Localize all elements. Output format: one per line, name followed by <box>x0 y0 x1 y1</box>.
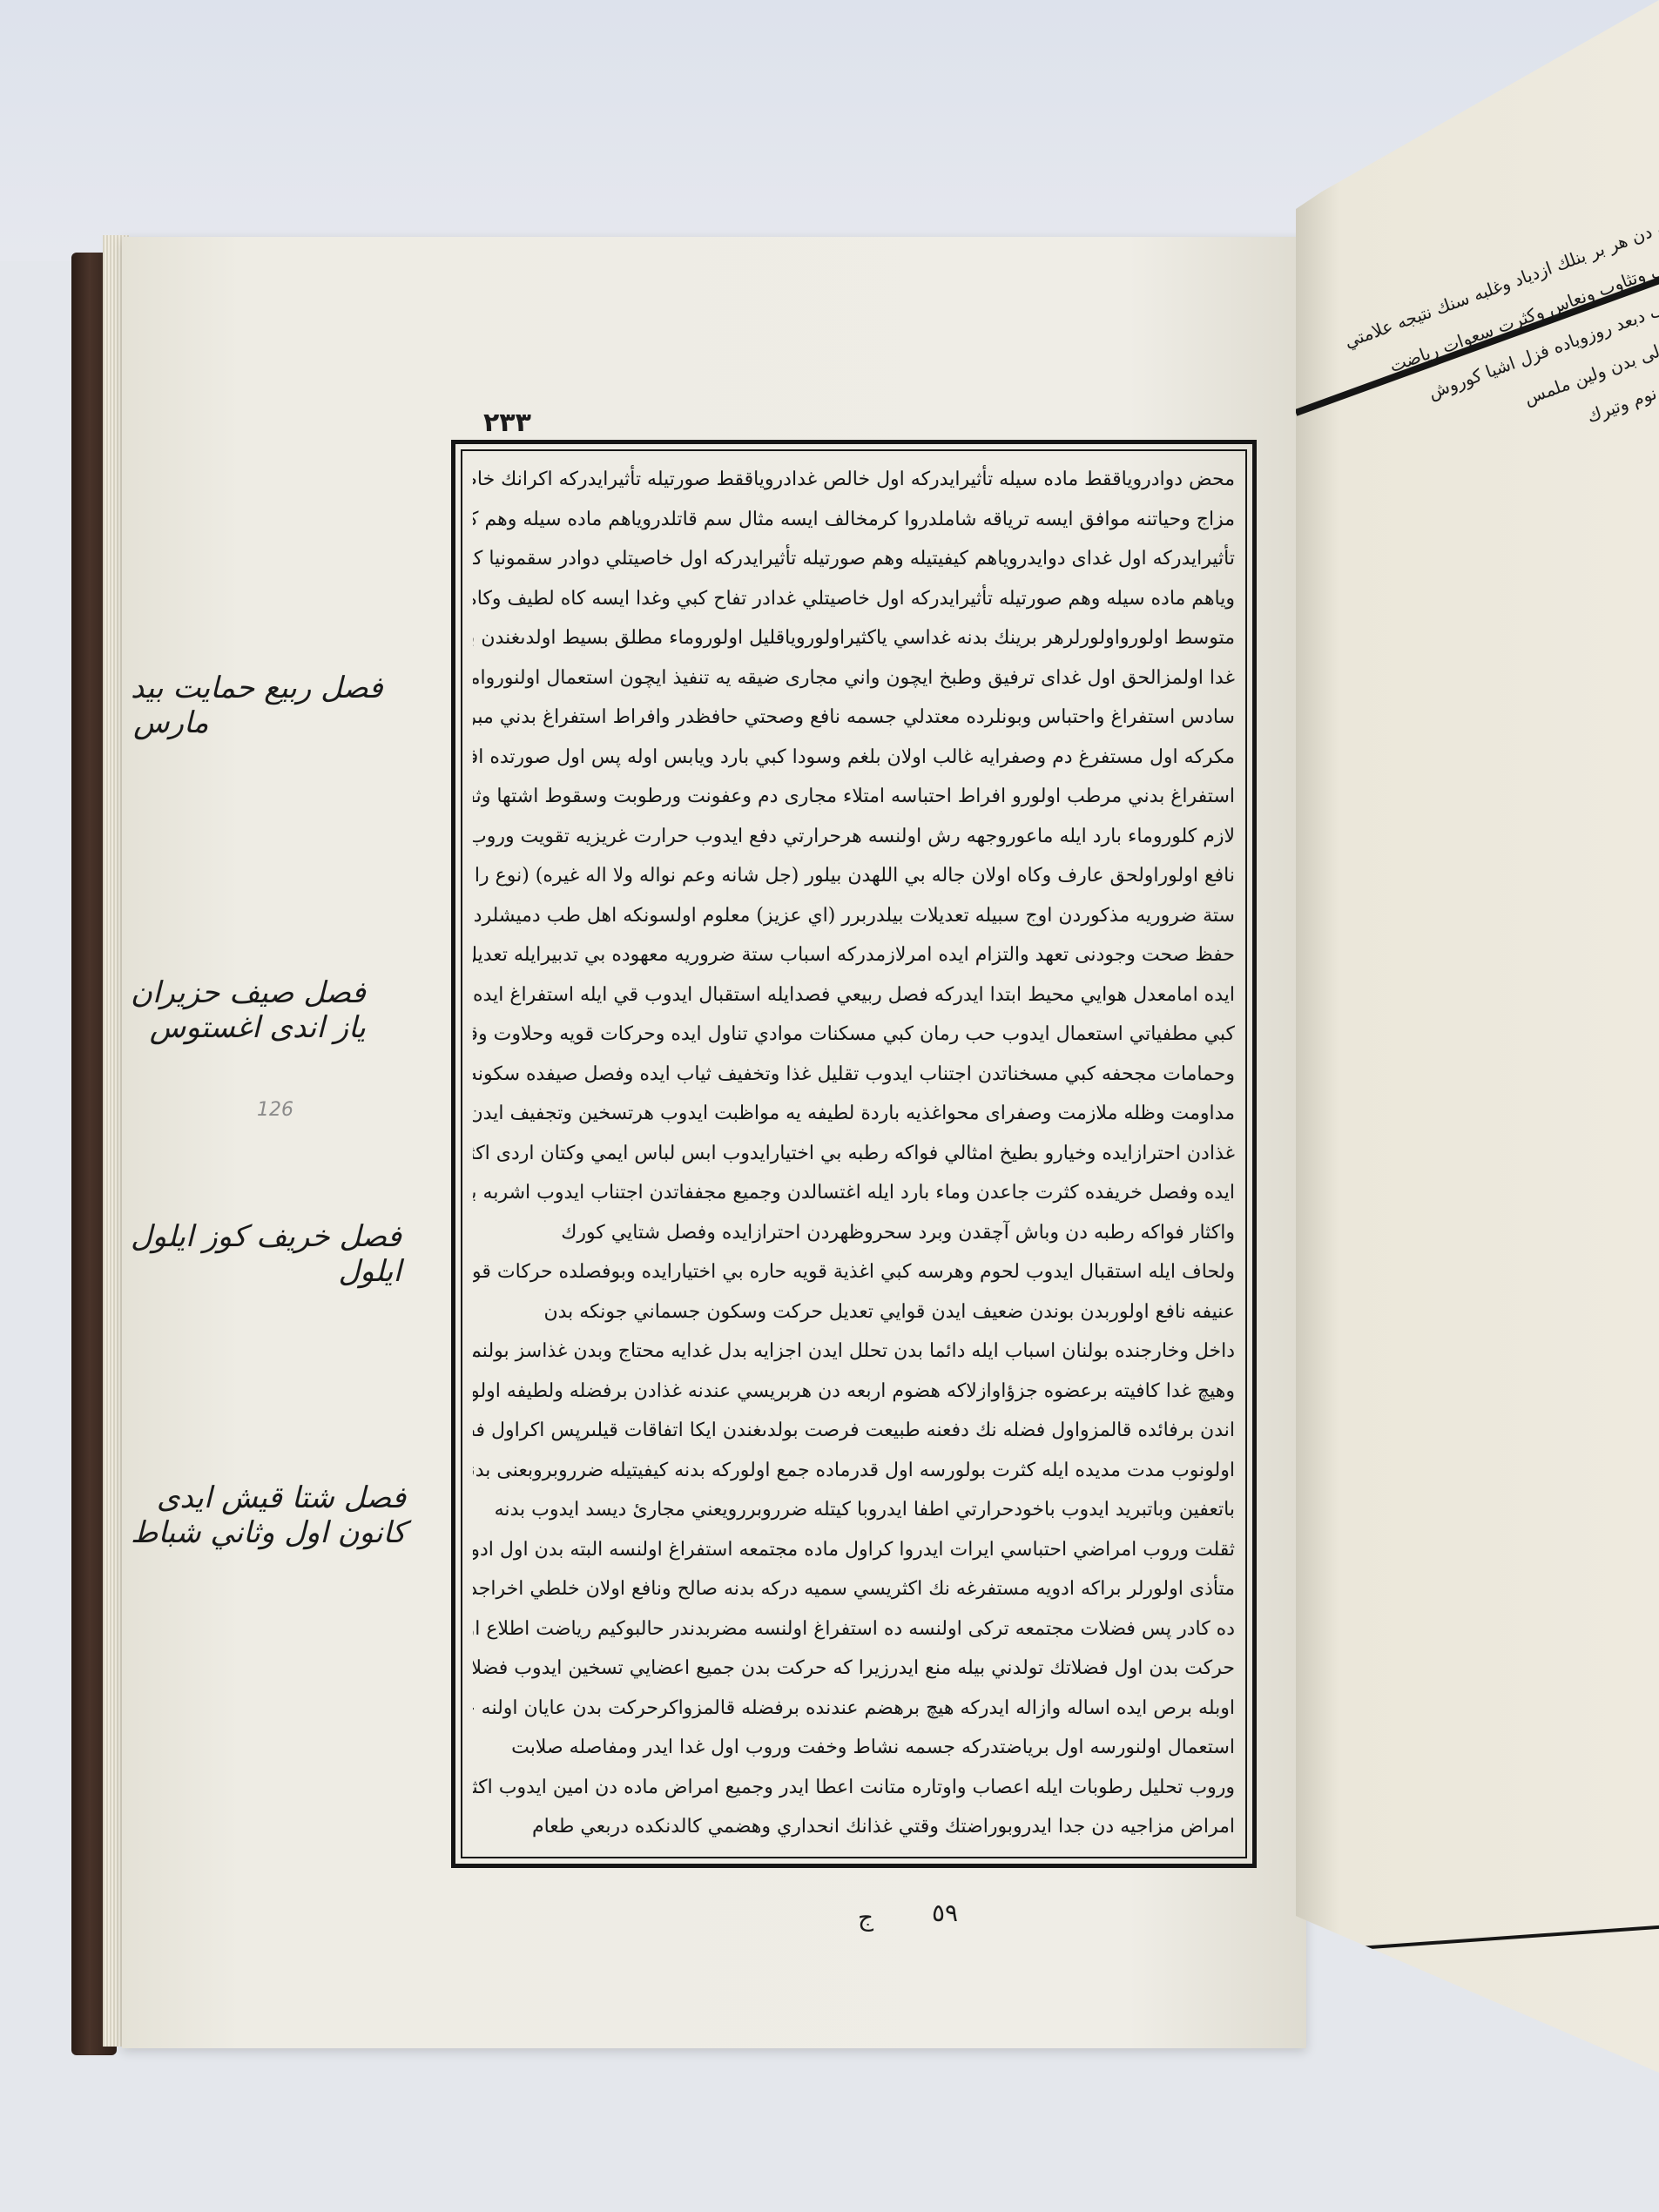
text-line: استفراغ بدني مرطب اولورو افراط احتباسه ا… <box>473 777 1235 817</box>
text-line: واكثار فواكه رطبه دن وباش آچقدن وبرد سحر… <box>473 1213 1235 1253</box>
text-line: حركت بدن اول فضلاتك تولدني بيله منع ايدر… <box>473 1649 1235 1689</box>
text-line: ولحاف ايله استقبال ايدوب لحوم وهرسه كبي … <box>473 1252 1235 1292</box>
text-line: محض دوادروياققط ماده سيله تأثيرايدركه او… <box>473 460 1235 500</box>
text-line: وروب تحليل رطوبات ايله اعصاب واوتاره متا… <box>473 1768 1235 1808</box>
text-line: سادس استفراغ واحتباس وبونلرده معتدلي جسم… <box>473 698 1235 738</box>
text-line: كبي مطفياتي استعمال ايدوب حب رمان كبي مس… <box>473 1015 1235 1055</box>
margin-note-summer: فصل صيف حزيران ياز اندى اغستوس <box>131 975 366 1045</box>
text-line: تأثيرايدركه اول غداى دوايدروياهم كيفيتيل… <box>473 539 1235 579</box>
margin-note-line: فصل شتا قيش ايدى <box>131 1480 406 1515</box>
margin-note-autumn: فصل خريف كوز ايلول ايلول <box>131 1219 401 1289</box>
catchword: ج <box>858 1903 873 1932</box>
text-line: مزاج وحياتنه موافق ايسه ترياقه شاملدروا … <box>473 500 1235 540</box>
text-line: داخل وخارجنده بولنان اسباب ايله دائما بد… <box>473 1332 1235 1372</box>
margin-note-line: مارس <box>131 705 209 740</box>
text-line: حفظ صحت وجودنى تعهد والتزام ايده امرلازم… <box>473 935 1235 975</box>
margin-note-line: كانون اول وثاني شباط <box>131 1515 406 1550</box>
right-frame-rule-bottom <box>1296 1922 1659 1954</box>
text-frame: محض دوادروياققط ماده سيله تأثيرايدركه او… <box>451 440 1257 1868</box>
text-line: مكركه اول مستفرغ دم وصفرايه غالب اولان ب… <box>473 738 1235 778</box>
text-line: وهيچ غدا كافيته برعضوه جزؤاوازلاكه هضوم … <box>473 1372 1235 1412</box>
right-page-text: ربعه دن هر بر بنلك ازدياد وغلبه سنك نتيج… <box>1335 200 1659 505</box>
text-line: ايده وفصل خريفده كثرت جاعدن وماء بارد اي… <box>473 1173 1235 1213</box>
text-line: اندن برفائده قالمزواول فضله نك دفعنه طبي… <box>473 1411 1235 1451</box>
text-line: متأذى اولورلر براكه ادويه مستفرغه نك اكث… <box>473 1569 1235 1609</box>
text-line: اوبله برص ايده اساله وازاله ايدركه هيچ ب… <box>473 1689 1235 1729</box>
page-number-top: ٢٣٣ <box>483 408 531 438</box>
main-text-body: محض دوادروياققط ماده سيله تأثيرايدركه او… <box>473 460 1235 1848</box>
text-line: استعمال اولنورسه اول برياضتدركه جسمه نشا… <box>473 1728 1235 1768</box>
margin-note-line: فصل ربيع حمايت بيد <box>131 671 383 705</box>
text-line: باتعفين وباتبريد ايدوب باخودحرارتي اطفا … <box>473 1490 1235 1530</box>
text-line: اولونوب مدت مديده ايله كثرت بولورسه اول … <box>473 1451 1235 1491</box>
text-line: ايده امامعدل هوايي محيط ابتدا ايدركه فصل… <box>473 975 1235 1015</box>
text-line: مداومت وظله ملازمت وصفراى محواغذيه باردة… <box>473 1094 1235 1134</box>
margin-note-line: ايلول <box>131 1254 401 1289</box>
margin-note-line: فصل خريف كوز ايلول <box>131 1219 401 1254</box>
text-line: ده كادر پس فضلات مجتمعه تركى اولنسه ده ا… <box>473 1609 1235 1649</box>
text-line: غدا اولمزالحق اول غداى ترفيق وطبخ ايچون … <box>473 658 1235 698</box>
text-line: امسى معده وكبدو عروق ايچنده هضم اولنوب ط… <box>473 1847 1235 1849</box>
pencil-number: 126 <box>257 1099 293 1121</box>
text-line: امراض مزاجيه دن جدا ايدروبوراضتك وقتي غذ… <box>473 1807 1235 1847</box>
margin-note-line: فصل صيف حزيران <box>131 975 366 1010</box>
margin-note-winter: فصل شتا قيش ايدى كانون اول وثاني شباط <box>131 1480 406 1550</box>
text-line: لازم كلوروماء بارد ايله ماعوروجهه رش اول… <box>473 817 1235 857</box>
text-line: غذادن احترازايده وخيارو بطيخ امثالي فواك… <box>473 1134 1235 1174</box>
text-line: عنيفه نافع اولوربدن بوندن ضعيف ايدن قواي… <box>473 1292 1235 1332</box>
text-line: متوسط اولورواولورلرهر برينك بدنه غداسي ي… <box>473 618 1235 658</box>
text-line: نافع اولوراولحق عارف وكاه اولان جاله بي … <box>473 856 1235 896</box>
text-line: وحمامات مجحفه كبي مسخناتدن اجتناب ايدوب … <box>473 1055 1235 1095</box>
margin-note-spring: فصل ربيع حمايت بيد مارس <box>131 671 383 740</box>
text-line: ستة ضروريه مذكوردن اوج سبيله تعديلات بيل… <box>473 896 1235 936</box>
folio-number: ٥٩ <box>932 1898 958 1927</box>
right-page-text-area: ربعه دن هر بر بنلك ازدياد وغلبه سنك نتيج… <box>1296 0 1659 2073</box>
text-line: وياهم ماده سيله وهم صورتيله تأثيرايدركه … <box>473 579 1235 619</box>
margin-note-line: ياز اندى اغستوس <box>131 1010 366 1045</box>
text-line: ثقلت وروب امراضي احتباسي ايرات ايدروا كر… <box>473 1530 1235 1570</box>
